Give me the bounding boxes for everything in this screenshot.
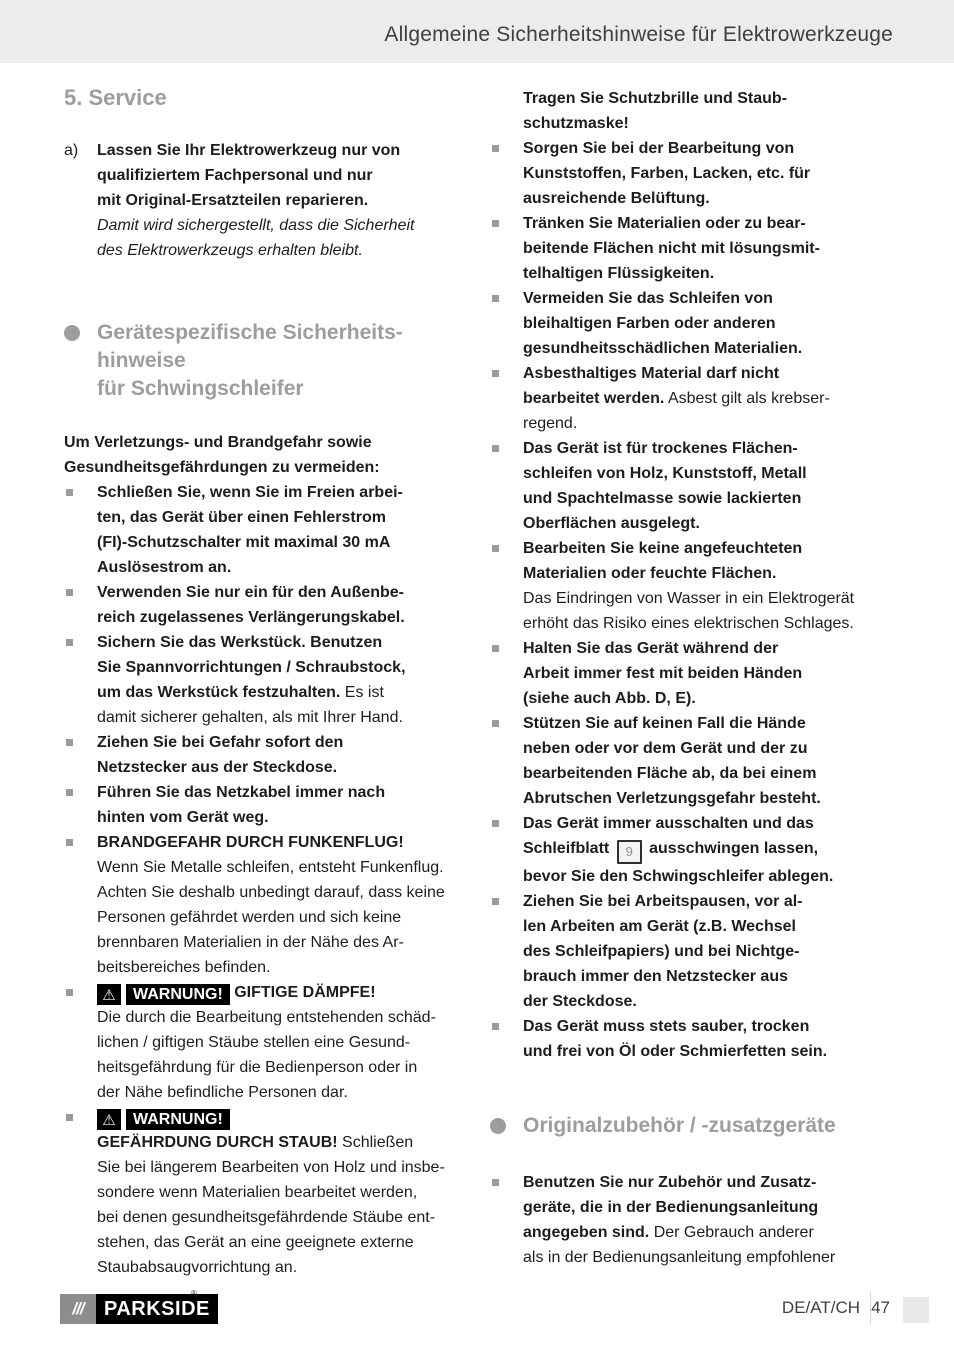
bold-text: Vermeiden Sie das Schleifen von bleihalt… <box>523 290 802 357</box>
footer-corner-square <box>903 1297 929 1323</box>
list-item: Tränken Sie Materialien oder zu bear- be… <box>490 211 896 286</box>
list-item: Das Gerät muss stets sauber, trocken und… <box>490 1014 896 1064</box>
list-item-text: Benutzen Sie nur Zubehör und Zusatz- ger… <box>523 1174 835 1266</box>
square-bullet-icon <box>492 370 499 377</box>
square-bullet-icon <box>66 739 73 746</box>
list-item-text: BRANDGEFAHR DURCH FUNKENFLUG! Wenn Sie M… <box>97 834 445 976</box>
logo-stripes-icon: /// <box>60 1294 96 1324</box>
part-reference-box: 9 <box>617 840 642 864</box>
parkside-logo: /// PARKSIDE <box>60 1294 218 1324</box>
list-item: Sorgen Sie bei der Bearbeitung von Kunst… <box>490 136 896 211</box>
square-bullet-icon <box>492 645 499 652</box>
regular-text: Wenn Sie Metalle schleifen, entsteht Fun… <box>97 859 445 976</box>
bold-text: BRANDGEFAHR DURCH FUNKENFLUG! <box>97 834 404 851</box>
square-bullet-icon <box>66 839 73 846</box>
list-item: Sichern Sie das Werkstück. Benutzen Sie … <box>64 630 478 730</box>
list-item-text: Führen Sie das Netzkabel immer nach hint… <box>97 784 385 826</box>
list-item: Schließen Sie, wenn Sie im Freien arbei-… <box>64 480 478 580</box>
list-item: Halten Sie das Gerät während der Arbeit … <box>490 636 896 711</box>
warning-badge: WARNUNG! <box>126 984 230 1005</box>
page-header-title: Allgemeine Sicherheitshinweise für Elekt… <box>384 0 893 63</box>
list-item: BRANDGEFAHR DURCH FUNKENFLUG! Wenn Sie M… <box>64 830 478 980</box>
list-item-text: ⚠WARNUNG! GIFTIGE DÄMPFE! Die durch die … <box>97 984 436 1101</box>
left-column: 5. Service a) Lassen Sie Ihr Elektrowerk… <box>64 86 478 1280</box>
service-list-item: a) Lassen Sie Ihr Elektrowerkzeug nur vo… <box>64 138 478 263</box>
service-item-bold-text: Lassen Sie Ihr Elektrowerkzeug nur von q… <box>97 138 414 213</box>
list-item-text: Das Gerät muss stets sauber, trocken und… <box>523 1018 827 1060</box>
square-bullet-icon <box>66 989 73 996</box>
bold-text: Bearbeiten Sie keine angefeuchteten Mate… <box>523 540 802 582</box>
section-heading-text: Gerätespezifische Sicherheits- hinweise … <box>97 319 403 403</box>
square-bullet-icon <box>492 220 499 227</box>
accessories-list: Benutzen Sie nur Zubehör und Zusatz- ger… <box>490 1170 896 1270</box>
list-marker-a: a) <box>64 138 97 263</box>
square-bullet-icon <box>66 789 73 796</box>
circle-bullet-icon <box>490 1118 506 1134</box>
safety-list-right: Tragen Sie Schutzbrille und Staub- schut… <box>490 86 896 1064</box>
regular-text: Das Eindringen von Wasser in ein Elektro… <box>523 590 854 632</box>
logo-brand-name: PARKSIDE <box>96 1294 218 1324</box>
warning-badge: WARNUNG! <box>126 1109 230 1130</box>
square-bullet-icon <box>66 489 73 496</box>
safety-intro-text: Um Verletzungs- und Brandgefahr sowie Ge… <box>64 430 478 480</box>
circle-bullet-icon <box>64 325 80 341</box>
square-bullet-icon <box>492 145 499 152</box>
warning-triangle-icon: ⚠ <box>97 1109 121 1130</box>
registered-trademark-symbol: ® <box>191 1289 197 1298</box>
list-item-text: ⚠WARNUNG! GEFÄHRDUNG DURCH STAUB! Schlie… <box>97 1109 445 1276</box>
list-item-text: Das Gerät ist für trockenes Flächen- sch… <box>523 440 807 532</box>
bold-text: Sorgen Sie bei der Bearbeitung von Kunst… <box>523 140 810 207</box>
bold-text: Das Gerät muss stets sauber, trocken und… <box>523 1018 827 1060</box>
square-bullet-icon <box>492 820 499 827</box>
list-item-text: Bearbeiten Sie keine angefeuchteten Mate… <box>523 540 854 632</box>
square-bullet-icon <box>492 720 499 727</box>
list-item-text: Das Gerät immer ausschalten und das Schl… <box>523 815 833 885</box>
list-item-text: Stützen Sie auf keinen Fall die Hände ne… <box>523 715 821 807</box>
section-heading-accessories: Originalzubehör / -zusatzgeräte <box>490 1112 896 1140</box>
square-bullet-icon <box>66 1114 73 1121</box>
section-heading-device-specific: Gerätespezifische Sicherheits- hinweise … <box>64 319 478 403</box>
bold-text: Ziehen Sie bei Arbeitspausen, vor al- le… <box>523 893 802 1010</box>
bold-text: Schließen Sie, wenn Sie im Freien arbei-… <box>97 484 403 576</box>
list-item-text: Tragen Sie Schutzbrille und Staub- schut… <box>523 90 787 132</box>
list-item-text: Tränken Sie Materialien oder zu bear- be… <box>523 215 820 282</box>
list-item-text: Halten Sie das Gerät während der Arbeit … <box>523 640 802 707</box>
list-item: ⚠WARNUNG! GIFTIGE DÄMPFE! Die durch die … <box>64 980 478 1105</box>
square-bullet-icon <box>492 1023 499 1030</box>
bold-text: Stützen Sie auf keinen Fall die Hände ne… <box>523 715 821 807</box>
list-item: Benutzen Sie nur Zubehör und Zusatz- ger… <box>490 1170 896 1270</box>
list-item: Ziehen Sie bei Arbeitspausen, vor al- le… <box>490 889 896 1014</box>
section-heading-text: Originalzubehör / -zusatzgeräte <box>523 1112 836 1140</box>
page-number: 47 <box>871 1298 890 1318</box>
list-item: Führen Sie das Netzkabel immer nach hint… <box>64 780 478 830</box>
list-item-text: Ziehen Sie bei Gefahr sofort den Netzste… <box>97 734 343 776</box>
regular-text: Schließen Sie bei längerem Bearbeiten vo… <box>97 1134 445 1276</box>
list-item: Tragen Sie Schutzbrille und Staub- schut… <box>490 86 896 136</box>
list-item-text: Sichern Sie das Werkstück. Benutzen Sie … <box>97 634 406 726</box>
square-bullet-icon <box>492 545 499 552</box>
page-header-bar: Allgemeine Sicherheitshinweise für Elekt… <box>0 0 954 63</box>
list-item: Verwenden Sie nur ein für den Außenbe- r… <box>64 580 478 630</box>
list-item-text: Vermeiden Sie das Schleifen von bleihalt… <box>523 290 802 357</box>
service-item-text: Lassen Sie Ihr Elektrowerkzeug nur von q… <box>97 138 414 263</box>
list-item-text: Asbesthaltiges Material darf nicht bearb… <box>523 365 830 432</box>
bold-text: Halten Sie das Gerät während der Arbeit … <box>523 640 802 707</box>
list-item-text: Verwenden Sie nur ein für den Außenbe- r… <box>97 584 405 626</box>
warning-triangle-icon: ⚠ <box>97 984 121 1005</box>
square-bullet-icon <box>492 295 499 302</box>
bold-text: Tränken Sie Materialien oder zu bear- be… <box>523 215 820 282</box>
list-item: Das Gerät immer ausschalten und das Schl… <box>490 811 896 889</box>
section-title-service: 5. Service <box>64 86 478 110</box>
list-item: Vermeiden Sie das Schleifen von bleihalt… <box>490 286 896 361</box>
right-column: Tragen Sie Schutzbrille und Staub- schut… <box>490 86 896 1270</box>
page-footer: /// PARKSIDE ® DE/AT/CH 47 <box>0 1290 954 1330</box>
list-item: Bearbeiten Sie keine angefeuchteten Mate… <box>490 536 896 636</box>
bold-text: GIFTIGE DÄMPFE! <box>230 984 376 1001</box>
list-item: Stützen Sie auf keinen Fall die Hände ne… <box>490 711 896 811</box>
bold-text: GEFÄHRDUNG DURCH STAUB! <box>97 1134 338 1151</box>
square-bullet-icon <box>66 639 73 646</box>
service-item-italic-text: Damit wird sichergestellt, dass die Sich… <box>97 213 414 263</box>
square-bullet-icon <box>492 445 499 452</box>
bold-text: Verwenden Sie nur ein für den Außenbe- r… <box>97 584 405 626</box>
list-item: Ziehen Sie bei Gefahr sofort den Netzste… <box>64 730 478 780</box>
list-item: ⚠WARNUNG! GEFÄHRDUNG DURCH STAUB! Schlie… <box>64 1105 478 1280</box>
regular-text: Die durch die Bearbeitung entstehenden s… <box>97 1009 436 1101</box>
square-bullet-icon <box>66 589 73 596</box>
bold-text: Führen Sie das Netzkabel immer nach hint… <box>97 784 385 826</box>
bold-text: Ziehen Sie bei Gefahr sofort den Netzste… <box>97 734 343 776</box>
list-item: Das Gerät ist für trockenes Flächen- sch… <box>490 436 896 536</box>
list-item-text: Schließen Sie, wenn Sie im Freien arbei-… <box>97 484 403 576</box>
square-bullet-icon <box>492 1179 499 1186</box>
list-item: Asbesthaltiges Material darf nicht bearb… <box>490 361 896 436</box>
square-bullet-icon <box>492 898 499 905</box>
footer-region-code: DE/AT/CH <box>782 1298 860 1318</box>
bold-text: Tragen Sie Schutzbrille und Staub- schut… <box>523 90 787 132</box>
list-item-text: Sorgen Sie bei der Bearbeitung von Kunst… <box>523 140 810 207</box>
list-item-text: Ziehen Sie bei Arbeitspausen, vor al- le… <box>523 893 802 1010</box>
bold-text: Das Gerät ist für trockenes Flächen- sch… <box>523 440 807 532</box>
safety-list-left: Schließen Sie, wenn Sie im Freien arbei-… <box>64 480 478 1280</box>
